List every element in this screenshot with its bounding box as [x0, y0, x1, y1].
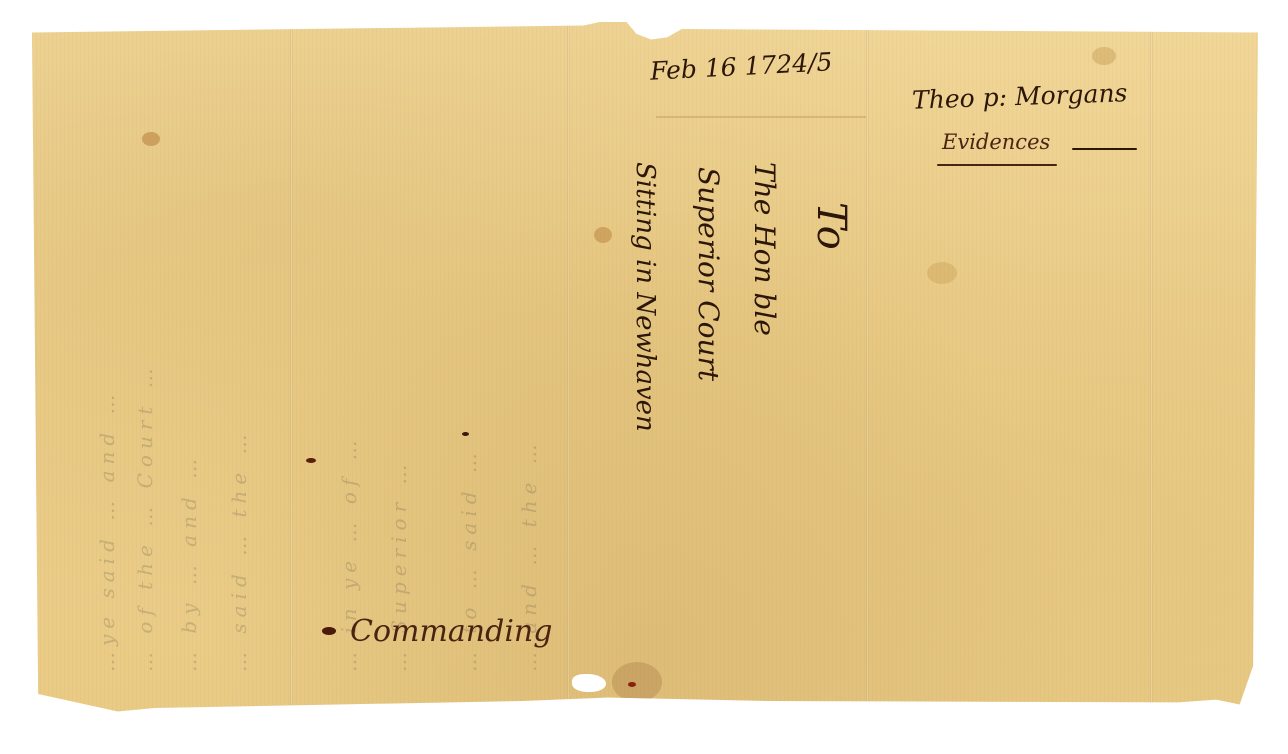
fold-line: [567, 22, 570, 722]
stain: [1092, 47, 1116, 65]
letter-paper: …ye said … and … … of the … Court … … by…: [32, 22, 1258, 722]
ink-spot: [322, 627, 336, 635]
fold-line: [866, 22, 869, 722]
bleedthrough-text: … in ye … of …: [332, 72, 366, 672]
endorsement-underline: [937, 164, 1057, 166]
endorsement-name: Theo p: Morgans: [912, 78, 1128, 114]
fold-line-horizontal: [656, 116, 866, 118]
address-court: Superior Court: [692, 167, 725, 381]
ink-spot: [462, 432, 469, 436]
address-location: Sitting in Newhaven: [630, 162, 660, 432]
bleedthrough-text: …ye said … and …: [90, 72, 124, 672]
bleedthrough-text: … said … the …: [222, 62, 256, 672]
ink-spot: [628, 682, 636, 687]
endorsement-subject: Evidences: [942, 130, 1050, 154]
signature-commanding: Commanding: [350, 614, 552, 649]
stain: [612, 662, 662, 702]
stain: [142, 132, 160, 146]
bleedthrough-text: … Superior …: [382, 62, 416, 672]
bleedthrough-text: … to … said …: [452, 72, 486, 672]
date-docket: Feb 16 1724/5: [649, 47, 833, 86]
fold-line: [290, 22, 293, 722]
bleedthrough-text: … by … and …: [172, 72, 206, 672]
endorsement-dash: [1072, 148, 1137, 150]
stain: [927, 262, 957, 284]
bleedthrough-text: … of the … Court …: [128, 62, 162, 672]
fold-line: [1150, 22, 1153, 722]
ink-spot: [306, 458, 316, 463]
stain: [594, 227, 612, 243]
address-honble: The Hon ble: [748, 162, 781, 336]
paper-hole: [572, 674, 606, 692]
address-to: To: [808, 202, 854, 250]
bleedthrough-text: … and … the …: [512, 62, 546, 672]
